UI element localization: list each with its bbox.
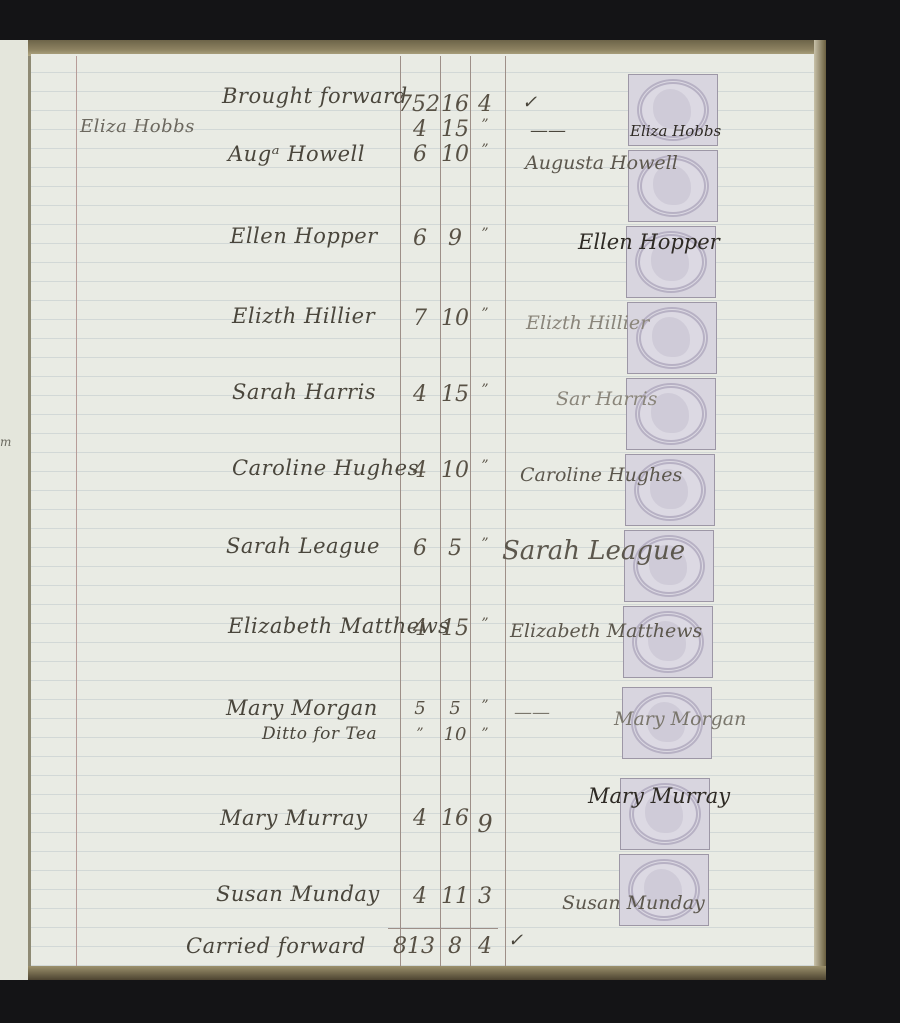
brought-forward-tick: ✓: [522, 92, 537, 113]
book-bottom-edge: [28, 966, 826, 980]
entry-pounds: 4: [400, 382, 440, 407]
entry-name: Mary Murray: [220, 806, 368, 830]
entry-pounds: 4: [400, 806, 440, 831]
entry-signature: Sar Harris: [556, 388, 657, 410]
carried-forward-tick: ✓: [508, 930, 523, 951]
left-page-edge: m: [0, 40, 31, 980]
entry-shillings: 16: [440, 806, 470, 831]
entry-shillings: 15: [440, 616, 470, 641]
entry-pounds: 4: [400, 884, 440, 909]
entry-name: Augᵃ Howell: [228, 142, 365, 166]
entry-name: Ellen Hopper: [230, 224, 378, 248]
entry-shillings: 11: [440, 884, 470, 909]
entry-dash: ——: [514, 702, 550, 723]
entry-shillings: 9: [440, 226, 470, 251]
entry-name: Mary Morgan: [226, 696, 378, 720]
pence-column-rule-right: [505, 56, 506, 966]
entry-signature: Mary Morgan: [614, 708, 746, 730]
carried-forward-pence: 4: [470, 934, 500, 959]
entry-signature: Sarah League: [502, 536, 685, 566]
total-rule: [388, 928, 498, 929]
brought-forward-label: Brought forward: [222, 84, 408, 108]
entry-name: Sarah League: [226, 534, 380, 558]
brought-forward-pounds: 752: [398, 92, 440, 117]
margin-note: Eliza Hobbs: [80, 116, 195, 137]
entry-pounds: 6: [400, 536, 440, 561]
entry-signature: Caroline Hughes: [520, 464, 682, 486]
entry-pounds: 4: [400, 117, 440, 142]
entry-pounds: 7: [400, 306, 440, 331]
entry-signature: Eliza Hobbs: [630, 122, 721, 140]
entry-pounds: 5: [400, 698, 440, 719]
brought-forward-shillings: 16: [440, 92, 470, 117]
carried-forward-shillings: 8: [440, 934, 470, 959]
carried-forward-pounds: 813: [388, 934, 440, 959]
entry-pence: ”: [470, 142, 500, 158]
entry-pounds: 6: [400, 142, 440, 167]
entry-shillings: 10: [440, 458, 470, 483]
entry-pence: ”: [470, 726, 500, 742]
entry-shillings: 10: [440, 142, 470, 167]
entry-dash: ——: [530, 120, 566, 141]
carried-forward-label: Carried forward: [186, 934, 366, 958]
entry-pence: ”: [470, 226, 500, 242]
entry-shillings: 10: [440, 306, 470, 331]
entry-shillings: 15: [440, 382, 470, 407]
entry-signature: Ellen Hopper: [578, 230, 720, 254]
entry-shillings: 15: [440, 117, 470, 142]
entry-pence: ”: [470, 536, 500, 552]
entry-pence: ”: [470, 698, 500, 714]
entry-pounds: 4: [400, 616, 440, 641]
entry-name: Caroline Hughes: [232, 456, 419, 480]
entry-pounds: 6: [400, 226, 440, 251]
queen-head-icon: [652, 317, 690, 357]
entry-signature: Mary Murray: [588, 784, 730, 808]
entry-pence: ”: [470, 306, 500, 322]
entry-pounds: 4: [400, 458, 440, 483]
entry-pence: ”: [470, 458, 500, 474]
entry-pence: ”: [470, 117, 500, 133]
entry-pence: 9: [470, 810, 500, 838]
entry-signature: Augusta Howell: [525, 152, 678, 174]
entry-shillings: 10: [440, 724, 470, 745]
entry-name: Ditto for Tea: [262, 724, 377, 744]
revenue-stamp: [619, 854, 709, 926]
entry-pence: ”: [470, 382, 500, 398]
entry-name: Susan Munday: [216, 882, 380, 906]
entry-name: Elizth Hillier: [232, 304, 375, 328]
book-right-edge: [814, 40, 826, 980]
revenue-stamp: [623, 606, 713, 678]
entry-name: Sarah Harris: [232, 380, 376, 404]
entry-pence: ”: [470, 616, 500, 632]
left-page-mark: m: [0, 435, 11, 449]
brought-forward-pence: 4: [470, 92, 500, 117]
entry-signature: Elizth Hillier: [526, 312, 649, 334]
entry-pence: 3: [470, 884, 500, 909]
entry-signature: Susan Munday: [562, 892, 705, 914]
margin-rule: [76, 56, 77, 966]
entry-shillings: 5: [440, 698, 470, 719]
entry-signature: Elizabeth Matthews: [510, 620, 702, 642]
entry-shillings: 5: [440, 536, 470, 561]
entry-pounds: ”: [400, 726, 440, 742]
